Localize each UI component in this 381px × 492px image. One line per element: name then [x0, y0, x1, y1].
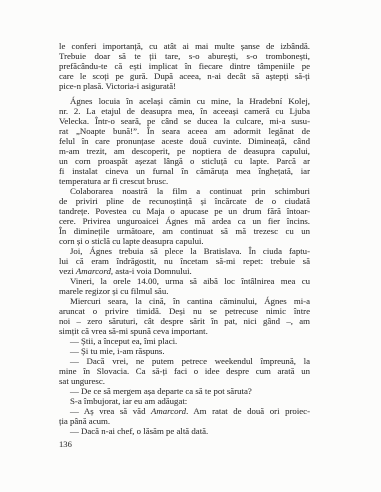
text-line: fi instalat cineva un furnal în cămăruța…	[59, 166, 310, 176]
page-number: 136	[59, 439, 72, 449]
text-line: corn și o sticlă cu lapte deasupra capul…	[59, 236, 310, 246]
text-line: Vineri, la orele 14.00, urma să aibă loc…	[59, 276, 310, 286]
text-line: care le scoți pe gură. După aceea, n-ai …	[59, 71, 310, 81]
paragraph: Miercuri seara, la cină, în cantina cămi…	[59, 296, 310, 336]
text-line: — Știi, a început ea, îmi placi.	[59, 336, 310, 346]
screenshot-root: { "colors": { "paper": "#fcfcfb", "ink":…	[0, 0, 381, 492]
paragraph: — Și tu mie, i-am răspuns.	[59, 346, 310, 356]
text-line: tandrețe. Povestea cu Maja o apucase pe …	[59, 206, 310, 216]
text-line: un corn proaspăt așezat lângă o sticluță…	[59, 156, 310, 166]
text-line: cere. Privirea unguroaicei Ágnes mă arde…	[59, 216, 310, 226]
paragraph: — Știi, a început ea, îmi placi.	[59, 336, 310, 346]
text-line: Ágnes locuia în același cămin cu mine, l…	[59, 96, 310, 106]
text-line: — Dacă n-ai chef, o lăsăm pe altă dată.	[59, 426, 310, 436]
text-line: lui că eram îndrăgostit, nu încetam să-m…	[59, 256, 310, 266]
paragraph: — Aș vrea să văd Amarcord. Am ratat de d…	[59, 406, 310, 426]
text-line: simțit că vrea să-mi spună ceva importan…	[59, 326, 310, 336]
text-line: — De ce să mergem așa departe ca să te p…	[59, 386, 310, 396]
text-line: noi – zero săruturi, cât despre sărit în…	[59, 316, 310, 326]
text-line: — Și tu mie, i-am răspuns.	[59, 346, 310, 356]
text-line: Colaborarea noastră la film a continuat …	[59, 186, 310, 196]
paragraph: Ágnes locuia în același cămin cu mine, l…	[59, 96, 310, 186]
paragraph: Vineri, la orele 14.00, urma să aibă loc…	[59, 276, 310, 296]
text-line: vezi Amarcord, asta-i voia Domnului.	[59, 266, 310, 276]
text-line: aruncat o privire timidă. Deși nu se pet…	[59, 306, 310, 316]
text-line: sat unguresc.	[59, 376, 310, 386]
paragraph: — Dacă vrei, ne putem petrece weekendul …	[59, 356, 310, 386]
text-line: felul în care pronunțase aceste două cuv…	[59, 136, 310, 146]
paragraph: Colaborarea noastră la film a continuat …	[59, 186, 310, 246]
text-line: Velecka. Într-o seară, pe când se ducea …	[59, 116, 310, 126]
text-line: nr. 2. La etajul de deasupra mea, în ace…	[59, 106, 310, 116]
text-line: Trebuie doar să te ții tare, s-o abureșt…	[59, 51, 310, 61]
paragraph: Joi, Ágnes trebuia să plece la Bratislav…	[59, 246, 310, 276]
paragraph: S-a îmbujorat, iar eu am adăugat:	[59, 396, 310, 406]
text-line: — Aș vrea să văd Amarcord. Am ratat de d…	[59, 406, 310, 416]
paragraph: — De ce să mergem așa departe ca să te p…	[59, 386, 310, 396]
book-page: le conferi importanță, cu atât ai mai mu…	[0, 0, 381, 492]
text-line: În diminețile următoare, am continuat să…	[59, 226, 310, 236]
text-line: ția până acum.	[59, 416, 310, 426]
text-line: rat „Noapte bună!”. În seara aceea am ad…	[59, 126, 310, 136]
text-line: de priviri pline de recunoștință și încă…	[59, 196, 310, 206]
text-line: m-am trezit, am descoperit, pe noptiera …	[59, 146, 310, 156]
paragraph: le conferi importanță, cu atât ai mai mu…	[59, 41, 310, 91]
text-line: — Dacă vrei, ne putem petrece weekendul …	[59, 356, 310, 366]
text-line: S-a îmbujorat, iar eu am adăugat:	[59, 396, 310, 406]
paragraph: — Dacă n-ai chef, o lăsăm pe altă dată.	[59, 426, 310, 436]
text-line: Joi, Ágnes trebuia să plece la Bratislav…	[59, 246, 310, 256]
text-line: marele regizor și cu filmul său.	[59, 286, 310, 296]
text-line: pice-n plasă. Victoria-i asigurată!	[59, 81, 310, 91]
text-line: le conferi importanță, cu atât ai mai mu…	[59, 41, 310, 51]
text-line: Miercuri seara, la cină, în cantina cămi…	[59, 296, 310, 306]
text-block: le conferi importanță, cu atât ai mai mu…	[59, 41, 310, 436]
text-line: mine în Slovacia. Ca să-ți faci o idee d…	[59, 366, 310, 376]
text-line: prefăcându-te că ești implicat în fiecar…	[59, 61, 310, 71]
text-line: temperatura ar fi crescut brusc.	[59, 176, 310, 186]
